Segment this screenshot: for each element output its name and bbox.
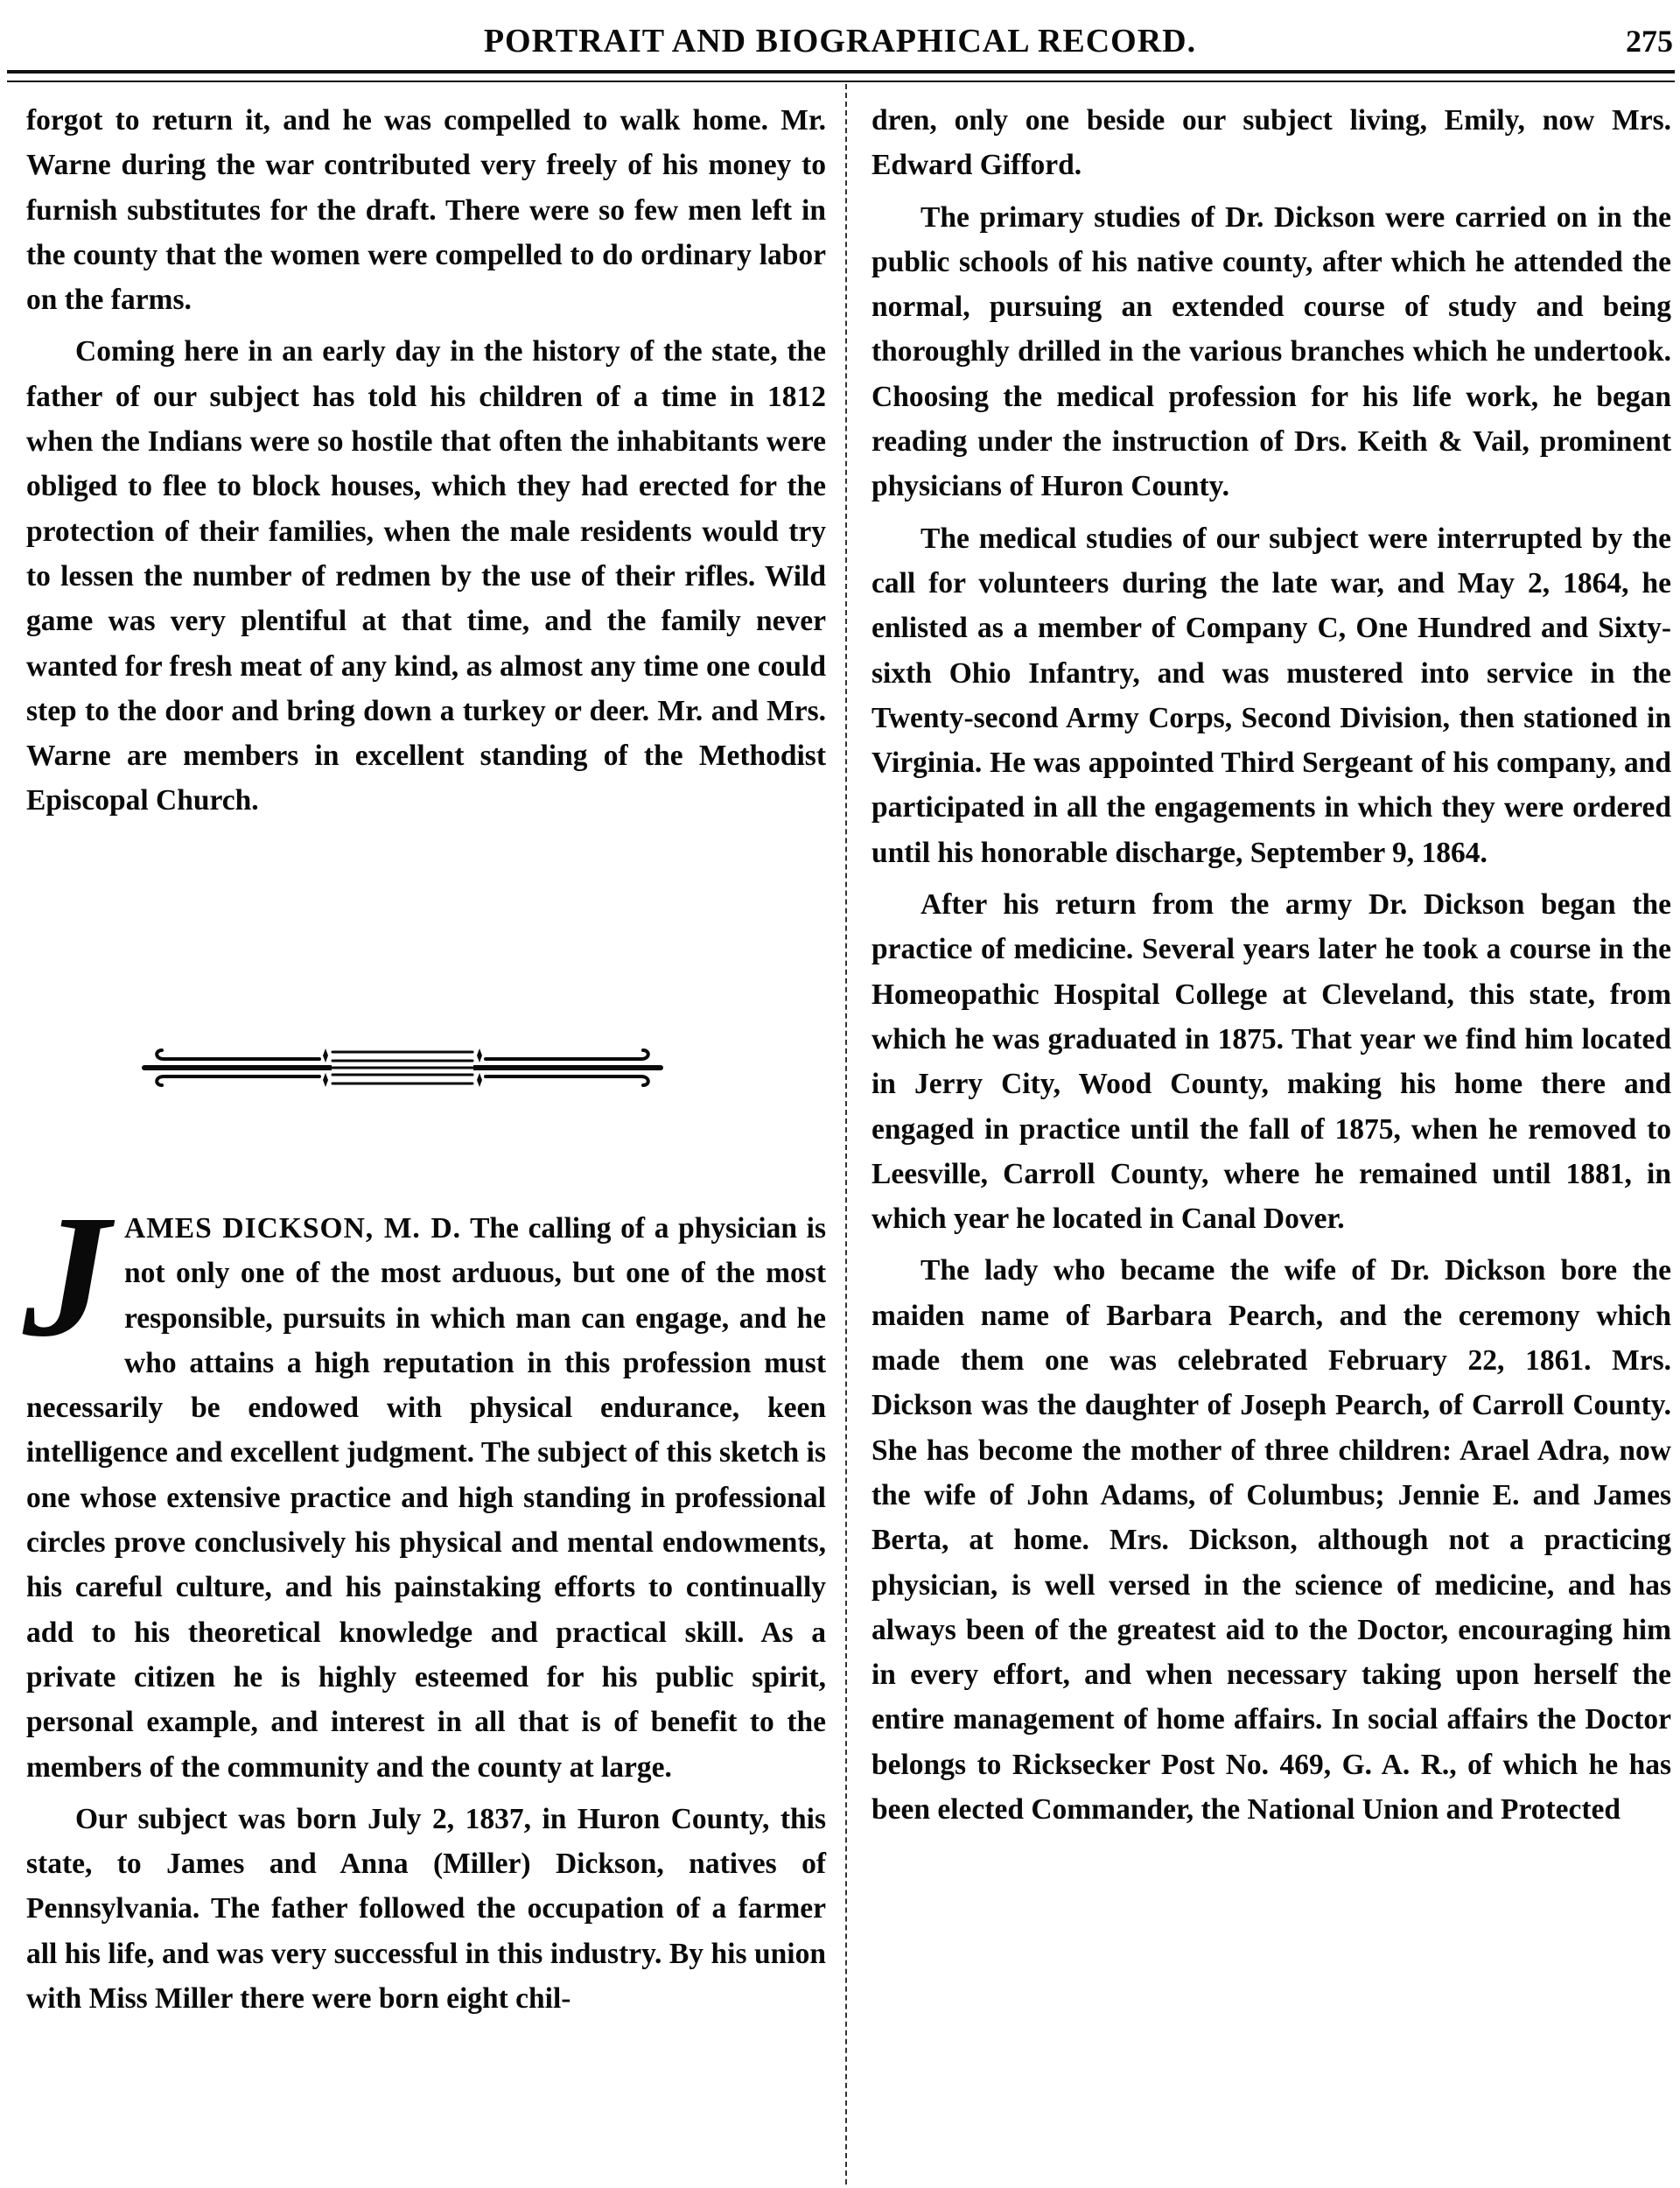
column-divider xyxy=(845,84,847,2184)
paragraph-medical-practice: After his return from the army Dr. Dicks… xyxy=(871,882,1671,1241)
bio-heading-name: AMES DICKSON, M. D. xyxy=(124,1212,461,1245)
page-header: PORTRAIT AND BIOGRAPHICAL RECORD. 275 xyxy=(0,19,1680,63)
drop-cap-letter: J xyxy=(23,1211,110,1351)
biography-james-dickson: JAMES DICKSON, M. D. The calling of a ph… xyxy=(26,1206,826,2028)
section-divider-ornament-icon xyxy=(136,1041,669,1094)
paragraph-siblings: dren, only one beside our subject living… xyxy=(871,98,1671,188)
paragraph-warne-war: forgot to return it, and he was compelle… xyxy=(26,98,826,322)
paragraph-family: The lady who became the wife of Dr. Dick… xyxy=(871,1248,1671,1832)
left-column: forgot to return it, and he was compelle… xyxy=(26,98,826,831)
bio-intro-paragraph: JAMES DICKSON, M. D. The calling of a ph… xyxy=(26,1206,826,1790)
header-rule-thick xyxy=(7,70,1675,74)
running-title: PORTRAIT AND BIOGRAPHICAL RECORD. xyxy=(0,19,1680,63)
bio-birth-paragraph: Our subject was born July 2, 1837, in Hu… xyxy=(26,1797,826,2021)
page-number: 275 xyxy=(1626,19,1673,63)
right-column: dren, only one beside our subject living… xyxy=(871,98,1671,1839)
header-rule-thin xyxy=(7,81,1675,82)
paragraph-military-service: The medical studies of our subject were … xyxy=(871,516,1671,875)
paragraph-education: The primary studies of Dr. Dickson were … xyxy=(871,195,1671,509)
paragraph-warne-history: Coming here in an early day in the histo… xyxy=(26,329,826,823)
bio-intro-text: The calling of a physician is not only o… xyxy=(26,1212,826,1784)
